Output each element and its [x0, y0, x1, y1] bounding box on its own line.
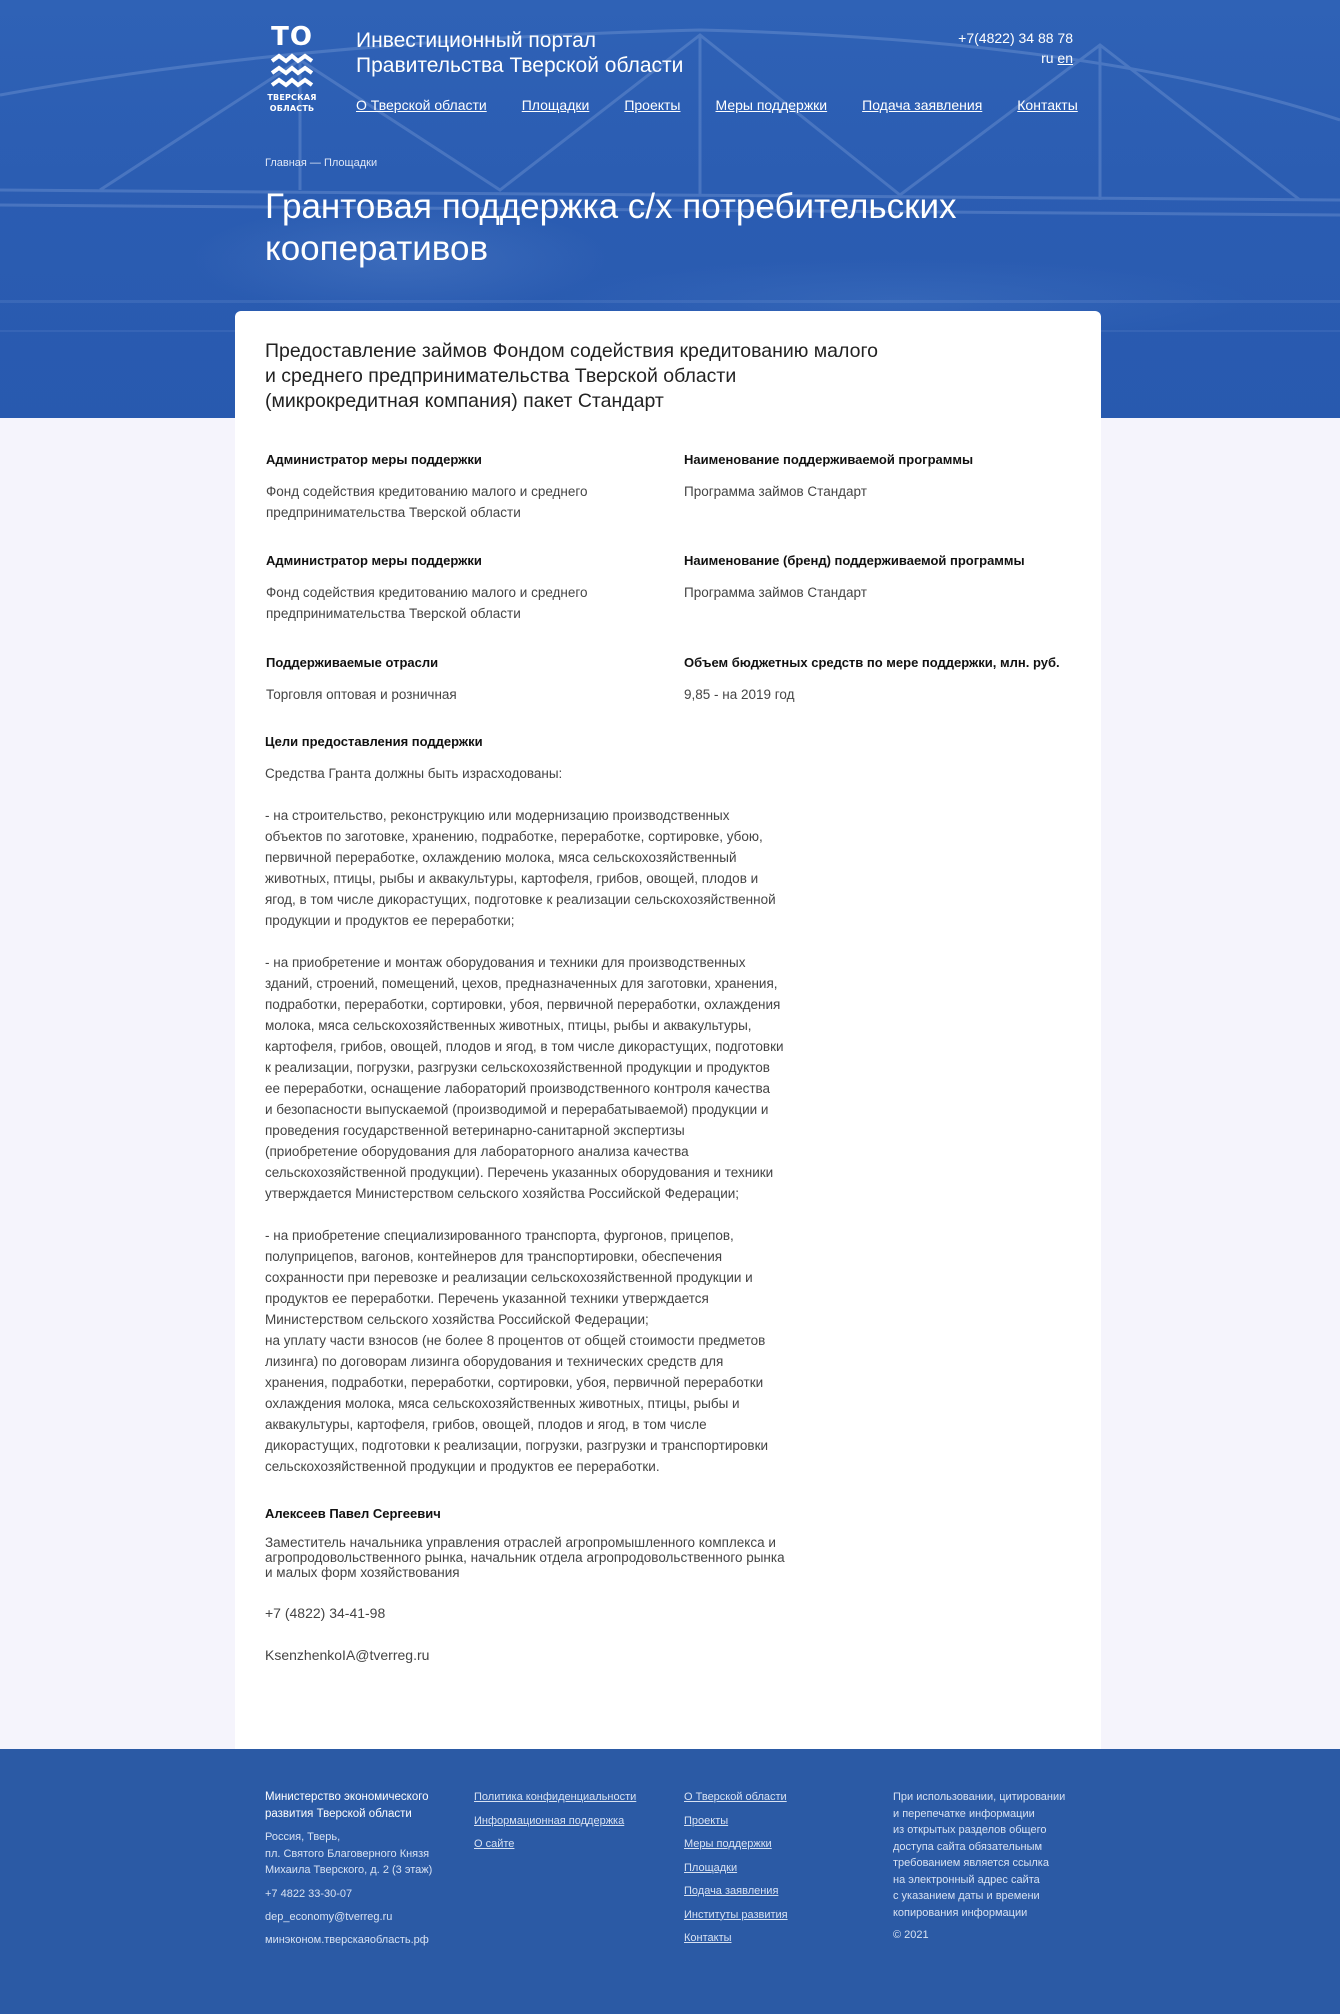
field-program-brand: Наименование (бренд) поддерживаемой прог…	[684, 552, 1084, 603]
footer-email[interactable]: dep_economy@tverreg.ru	[265, 1909, 455, 1925]
contact-phone[interactable]: +7 (4822) 34-41-98	[265, 1604, 785, 1622]
footer-link-contacts[interactable]: Контакты	[684, 1930, 788, 1946]
header-phone[interactable]: +7(4822) 34 88 78	[958, 28, 1073, 48]
footer-copyright: © 2021	[893, 1927, 1093, 1944]
nav-submit-application[interactable]: Подача заявления	[862, 97, 982, 113]
footer-links-legal: Политика конфиденциальности Информационн…	[474, 1789, 636, 1860]
footer-link-about-region[interactable]: О Тверской области	[684, 1789, 788, 1805]
portal-title: Инвестиционный портал Правительства Твер…	[356, 28, 683, 78]
field-program-name: Наименование поддерживаемой программы Пр…	[684, 451, 1084, 502]
goals-intro: Средства Гранта должны быть израсходован…	[265, 763, 805, 784]
card-title: Предоставление займов Фондом содействия …	[265, 339, 885, 414]
field-label: Поддерживаемые отрасли	[266, 654, 666, 672]
field-label: Администратор меры поддержки	[266, 552, 666, 570]
page-title: Грантовая поддержка с/х потребительских …	[265, 186, 1025, 270]
footer-link-projects[interactable]: Проекты	[684, 1813, 788, 1829]
waves-icon	[270, 53, 314, 89]
contact-person: Алексеев Павел Сергеевич Заместитель нач…	[265, 1505, 785, 1664]
footer-link-info-support[interactable]: Информационная поддержка	[474, 1813, 636, 1829]
nav-projects[interactable]: Проекты	[624, 97, 680, 113]
field-budget-volume: Объем бюджетных средств по мере поддержк…	[684, 654, 1104, 705]
logo-region: ТВЕРСКАЯ ОБЛАСТЬ	[265, 92, 319, 114]
goals-paragraph: - на приобретение и монтаж оборудования …	[265, 952, 805, 1204]
footer-address: Россия, Тверь, пл. Святого Благоверного …	[265, 1829, 455, 1879]
field-industries: Поддерживаемые отрасли Торговля оптовая …	[266, 654, 666, 705]
nav-sites[interactable]: Площадки	[522, 97, 590, 113]
language-switcher: ru en	[958, 48, 1073, 68]
contact-position: Заместитель начальника управления отрасл…	[265, 1535, 785, 1580]
footer-link-privacy[interactable]: Политика конфиденциальности	[474, 1789, 636, 1805]
field-value: 9,85 - на 2019 год	[684, 684, 1104, 705]
field-value: Фонд содействия кредитованию малого и ср…	[266, 582, 606, 624]
portal-title-line1: Инвестиционный портал	[356, 28, 683, 53]
field-label: Наименование поддерживаемой программы	[684, 451, 1084, 469]
footer-link-submit-application[interactable]: Подача заявления	[684, 1883, 788, 1899]
footer-org-name: Министерство экономического развития Тве…	[265, 1789, 455, 1823]
field-administrator-2: Администратор меры поддержки Фонд содейс…	[266, 552, 666, 624]
footer-phone[interactable]: +7 4822 33-30-07	[265, 1886, 455, 1902]
footer: Министерство экономического развития Тве…	[0, 1749, 1340, 2014]
logo-abbr: ТО	[265, 24, 319, 50]
lang-en[interactable]: en	[1057, 50, 1073, 66]
contact-email[interactable]: KsenzhenkoIA@tverreg.ru	[265, 1646, 785, 1664]
logo-region-line2: ОБЛАСТЬ	[265, 103, 319, 114]
goals-paragraph: - на приобретение специализированного тр…	[265, 1225, 805, 1477]
footer-links-nav: О Тверской области Проекты Меры поддержк…	[684, 1789, 788, 1954]
footer-site[interactable]: минэконом.тверскаяобласть.рф	[265, 1932, 455, 1948]
main-nav: О Тверской области Площадки Проекты Меры…	[356, 97, 1078, 113]
support-measure-card: Предоставление займов Фондом содействия …	[235, 311, 1101, 1749]
nav-support-measures[interactable]: Меры поддержки	[716, 97, 828, 113]
field-value: Программа займов Стандарт	[684, 582, 1084, 603]
field-administrator: Администратор меры поддержки Фонд содейс…	[266, 451, 666, 523]
footer-link-sites[interactable]: Площадки	[684, 1860, 788, 1876]
field-label: Объем бюджетных средств по мере поддержк…	[684, 654, 1104, 672]
footer-notice: При использовании, цитировании и перепеч…	[893, 1789, 1093, 1944]
portal-title-line2: Правительства Тверской области	[356, 53, 683, 78]
logo[interactable]: ТО ТВЕРСКАЯ ОБЛАСТЬ	[265, 24, 319, 114]
footer-notice-text: При использовании, цитировании и перепеч…	[893, 1789, 1093, 1921]
footer-org-info: Министерство экономического развития Тве…	[265, 1789, 455, 1948]
contact-name: Алексеев Павел Сергеевич	[265, 1505, 785, 1523]
header-contacts: +7(4822) 34 88 78 ru en	[958, 28, 1073, 68]
goals-label: Цели предоставления поддержки	[265, 733, 805, 751]
breadcrumb[interactable]: Главная — Площадки	[265, 157, 377, 169]
field-value: Фонд содействия кредитованию малого и ср…	[266, 481, 606, 523]
field-value: Программа займов Стандарт	[684, 481, 1084, 502]
field-label: Наименование (бренд) поддерживаемой прог…	[684, 552, 1084, 570]
logo-region-line1: ТВЕРСКАЯ	[265, 92, 319, 103]
lang-ru[interactable]: ru	[1041, 50, 1053, 66]
footer-link-dev-institutions[interactable]: Институты развития	[684, 1907, 788, 1923]
support-goals: Цели предоставления поддержки Средства Г…	[265, 733, 805, 1477]
nav-contacts[interactable]: Контакты	[1017, 97, 1077, 113]
goals-paragraph: - на строительство, реконструкцию или мо…	[265, 805, 805, 931]
footer-link-support-measures[interactable]: Меры поддержки	[684, 1836, 788, 1852]
field-label: Администратор меры поддержки	[266, 451, 666, 469]
footer-link-about-site[interactable]: О сайте	[474, 1836, 636, 1852]
field-value: Торговля оптовая и розничная	[266, 684, 666, 705]
nav-about-region[interactable]: О Тверской области	[356, 97, 487, 113]
